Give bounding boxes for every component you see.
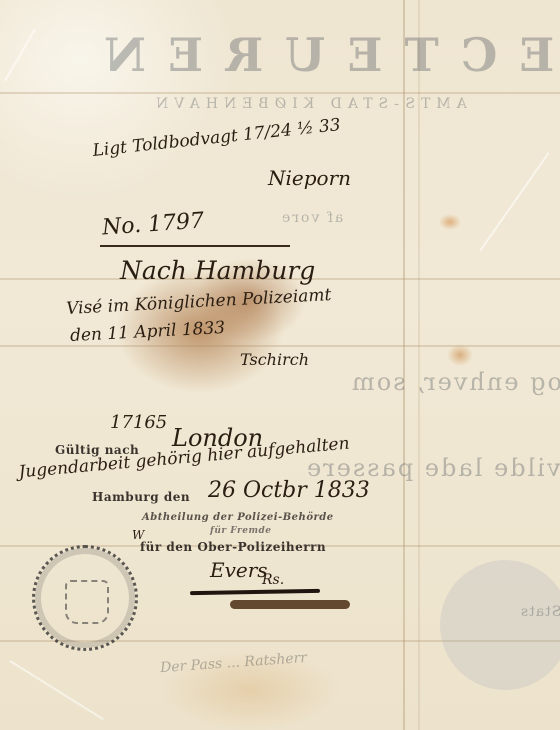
signature-flourish [230, 600, 350, 609]
bleedthrough-line-mid: alle og enhver, som [350, 368, 560, 396]
seal-emblem [65, 580, 109, 624]
faint-bottom-text: Der Pass ... Ratsherr [160, 650, 308, 676]
stamp-office-line: für den Ober-Polizeiherrn [140, 540, 326, 554]
bleedthrough-line-top: af vore [280, 210, 343, 226]
registration-number: 17165 [110, 412, 167, 433]
stamp-place-line: Hamburg den [92, 490, 190, 504]
paper-crease [9, 660, 103, 720]
bleedthrough-seal-text: Stats [520, 604, 560, 620]
signature-evers: Evers [210, 558, 268, 582]
document-number: No. 1797 [101, 208, 205, 240]
stamp-dept-sub: für Fremde [210, 526, 272, 536]
issue-date: 26 Octbr 1833 [208, 478, 370, 503]
bleedthrough-subheading: AMTS-STAD KIØBENHAVN [150, 96, 467, 112]
signature-stroke [190, 589, 320, 595]
stamp-dept-line: Abtheilung der Polizei-Behörde [142, 512, 334, 523]
passport-document: DIRECTEUREN AMTS-STAD KIØBENHAVN af vore… [0, 0, 560, 730]
handwriting-signature-top: Nieporn [268, 166, 351, 190]
visa-signature: Tschirch [240, 350, 309, 369]
underline [100, 245, 290, 247]
paper-crease [4, 29, 36, 82]
bleedthrough-seal [440, 560, 560, 690]
paper-crease [479, 152, 549, 251]
visa-line1: Visé im Königlichen Polizeiamt [66, 285, 332, 319]
handwriting-line1: Ligt Toldbodvagt 17/24 ½ 33 [92, 115, 342, 161]
fold-line-horizontal [0, 92, 560, 94]
visa-line2: den 11 April 1833 [70, 318, 226, 346]
signature-suffix: Rs. [262, 572, 284, 588]
official-seal [32, 545, 138, 651]
bleedthrough-heading: DIRECTEUREN [82, 28, 560, 82]
destination: Nach Hamburg [120, 256, 315, 285]
